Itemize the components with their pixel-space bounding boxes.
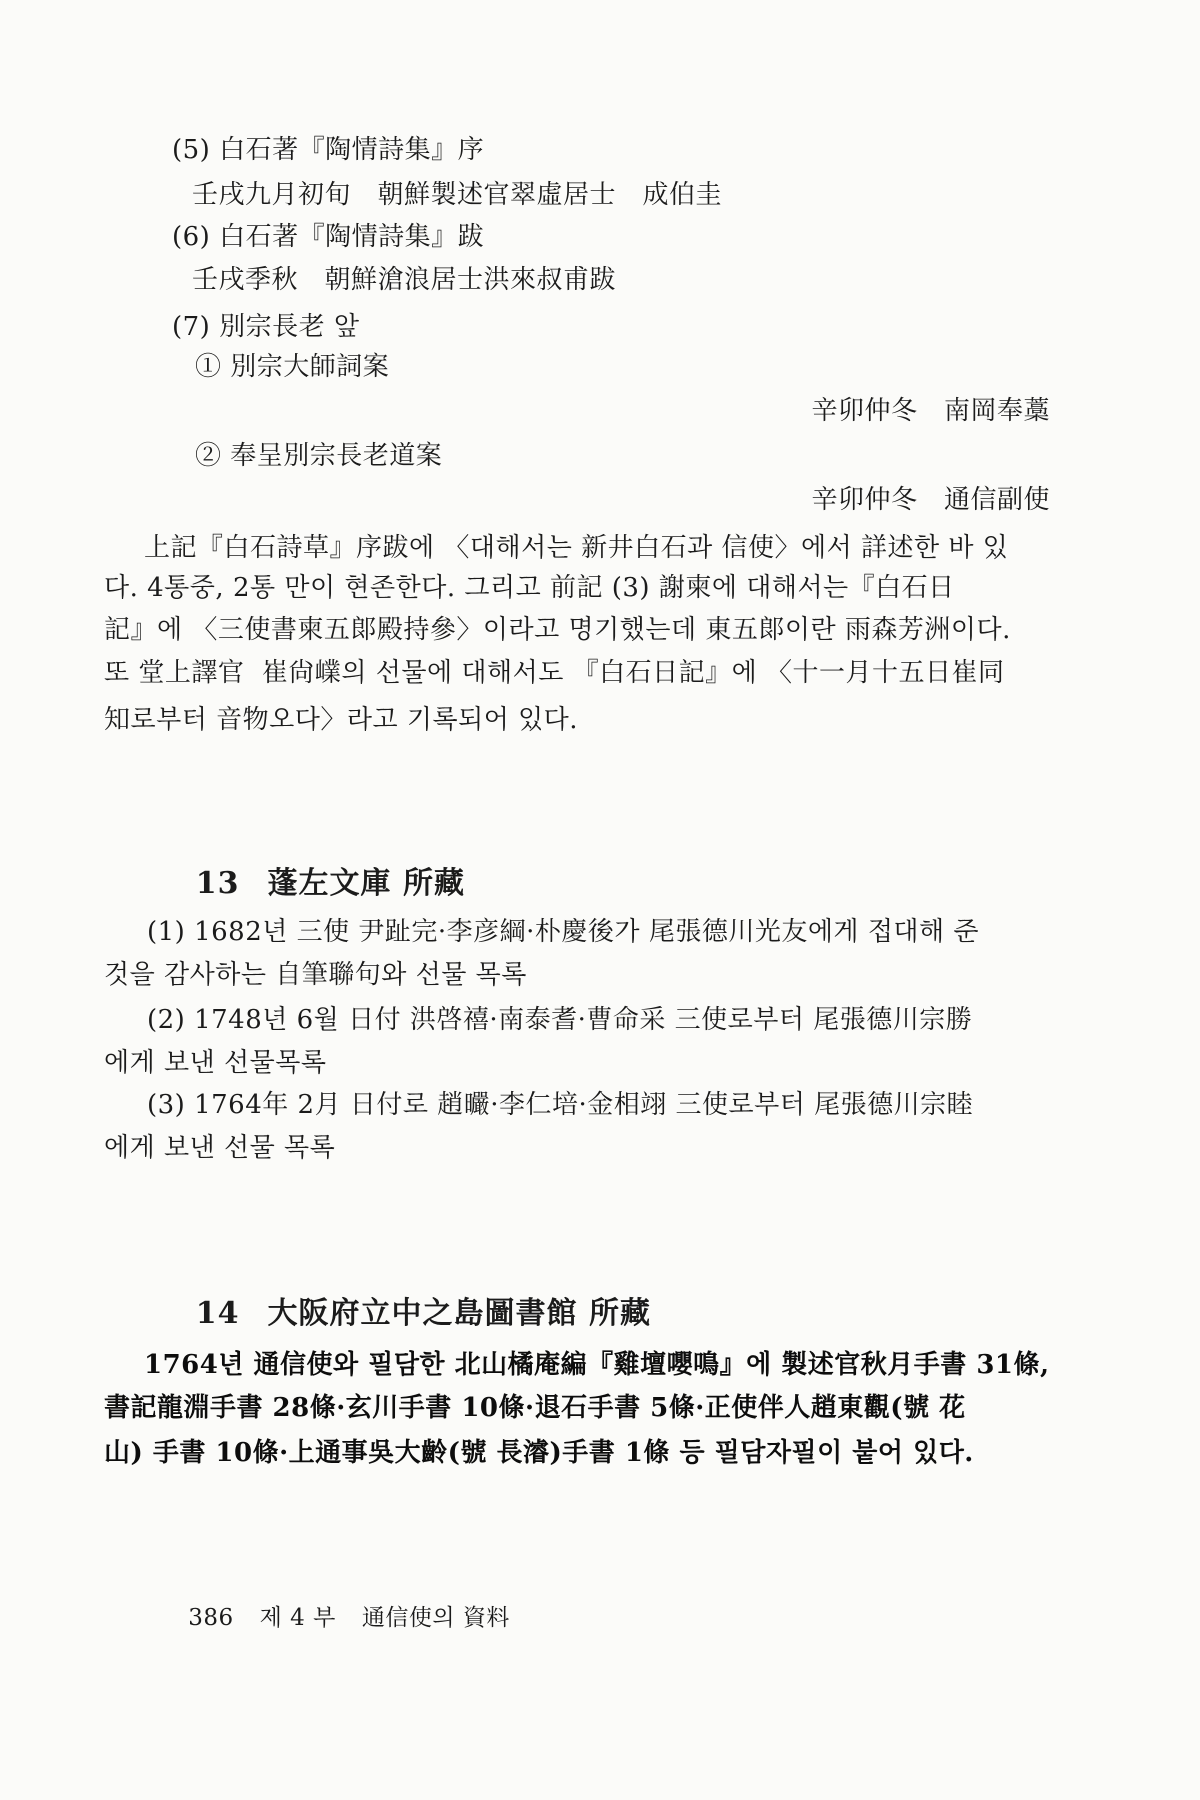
- entry-item-7-sub2: ② 奉呈別宗長老道案: [195, 439, 442, 473]
- paragraph-baekseok-line-1: 上記『白石詩草』序跋에 〈대해서는 新井白石과 信使〉에서 詳述한 바 있: [144, 531, 1008, 565]
- bongjwa-list-line-2: 것을 감사하는 自筆聯句와 선물 목록: [104, 958, 527, 992]
- entry-item-5-date: 壬戌九月初旬 朝鮮製述官翠虛居士 成伯圭: [192, 178, 722, 212]
- nakanoshima-paragraph-line-2: 書記龍淵手書 28條·玄川手書 10條·退石手書 5條·正使伴人趙東觀(號 花: [104, 1391, 966, 1425]
- bongjwa-list-line-6: 에게 보낸 선물 목록: [104, 1131, 335, 1165]
- bongjwa-list-line-4: 에게 보낸 선물목록: [104, 1046, 326, 1080]
- bongjwa-list-line-3: (2) 1748년 6월 日付 洪啓禧·南泰耆·曹命采 三使로부터 尾張德川宗勝: [147, 1003, 972, 1037]
- entry-item-5: (5) 白石著『陶情詩集』序: [172, 133, 484, 167]
- bongjwa-list-line-5: (3) 1764年 2月 日付로 趙曮·李仁培·金相翊 三使로부터 尾張德川宗睦: [147, 1088, 973, 1122]
- entry-item-7-sub1: ① 別宗大師詞案: [195, 350, 389, 384]
- entry-item-6: (6) 白石著『陶情詩集』跋: [172, 220, 484, 254]
- signature-namgang: 辛卯仲冬 南岡奉藁: [811, 394, 1050, 428]
- paragraph-baekseok-line-4: 또 堂上譯官 崔尙嶫의 선물에 대해서도 『白石日記』에 〈十一月十五日崔同: [104, 656, 1005, 690]
- section-14-number: 14: [196, 1296, 240, 1331]
- nakanoshima-paragraph-line-3: 山) 手書 10條·上通事吳大齡(號 長濬)手書 1條 등 필담자필이 붙어 있…: [104, 1436, 974, 1470]
- paragraph-baekseok-line-5: 知로부터 音物오다〉라고 기록되어 있다.: [104, 703, 578, 737]
- page-footer: 386제 4 부通信使의 資料: [157, 1573, 510, 1658]
- signature-vice-envoy: 辛卯仲冬 通信副使: [811, 483, 1050, 517]
- entry-item-6-date: 壬戌季秋 朝鮮滄浪居士洪來叔甫跋: [192, 263, 616, 297]
- section-13-number: 13: [196, 866, 240, 901]
- section-14-title: 大阪府立中之島圖書館 所藏: [268, 1296, 651, 1331]
- scanned-book-page: (5) 白石著『陶情詩集』序 壬戌九月初旬 朝鮮製述官翠虛居士 成伯圭 (6) …: [0, 0, 1200, 1800]
- paragraph-baekseok-line-3: 記』에 〈三使書柬五郞殿持參〉이라고 명기했는데 東五郞이란 雨森芳洲이다.: [104, 613, 1011, 647]
- footer-part: 제 4 부: [260, 1605, 336, 1631]
- section-13-title: 蓬左文庫 所藏: [268, 866, 465, 901]
- paragraph-baekseok-line-2: 다. 4통중, 2통 만이 현존한다. 그리고 前記 (3) 謝柬에 대해서는『…: [104, 571, 955, 605]
- footer-title: 通信使의 資料: [362, 1605, 510, 1631]
- page-number: 386: [188, 1605, 233, 1631]
- entry-item-7: (7) 別宗長老 앞: [172, 310, 359, 344]
- nakanoshima-paragraph-line-1: 1764년 通信使와 필담한 北山橘庵編『雞壇嚶鳴』에 製述官秋月手書 31條,: [144, 1348, 1050, 1382]
- bongjwa-list-line-1: (1) 1682년 三使 尹趾完·李彦綱·朴慶後가 尾張德川光友에게 접대해 준: [147, 915, 979, 949]
